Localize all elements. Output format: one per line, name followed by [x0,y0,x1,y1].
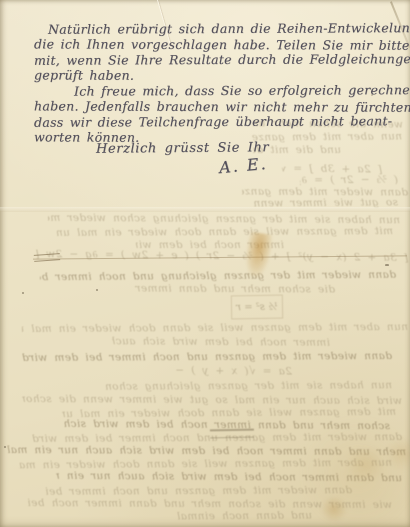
letter-line: geprüft haben. [32,67,394,84]
bleedthrough-line: nun aber mit dem ganzen weil sie dann do… [22,321,408,336]
bleedthrough-line: so gut wie immer wenn die schon mehr und… [248,196,398,210]
bleedthrough-line: dann wieder mit dem ganzen und noch imme… [20,350,392,365]
ink-speck [96,289,98,291]
letter-line: die ich Ihnen vorgeschlagen habe. Teilen… [32,36,394,53]
letter-closing: Herzlich grüsst Sie Ihr [96,140,269,157]
letter-body: Natürlich erübrigt sich dann die Reihen-… [32,21,394,145]
bleedthrough-line: 2a = √( x + y ) − r mit dem teil dabei [176,364,292,378]
bleedthrough-line: und dann noch einmal ganz zum schluss gu… [172,510,312,524]
letter-line: haben. Jedenfalls brauchen wir nicht meh… [32,98,394,115]
ink-speck [385,264,389,266]
bleedthrough-boxed-formula: ½ s² = r [231,295,283,320]
bleedthrough-line: mit dem ganzen weil sie dann doch wieder… [57,225,393,240]
bleedthrough-smudge [210,429,254,439]
bleedthrough-line: und dann immer noch bei dem wird sich au… [56,470,402,485]
letter-line: dass wir diese Teilchenfrage überhaupt n… [32,113,394,130]
letter-line: mit, wenn Sie Ihre Resultate durch die F… [32,51,394,68]
letter-page: wenn die schon mehr und dann immer noch … [0,0,410,527]
ink-speck [4,446,6,448]
bleedthrough-line: dann wieder mit der ganzen gleichung und… [40,269,396,284]
ink-speck [22,292,24,294]
letter-line: Ich freue mich, dass Sie so erfolgreich … [32,82,394,99]
letter-line: Natürlich erübrigt sich dann die Reihen-… [32,20,394,37]
bleedthrough-line: immer noch bei dem wird sich auch nur ei… [112,335,330,350]
bleedthrough-line: nun haben sie mit der ganzen gleichung s… [100,379,392,394]
